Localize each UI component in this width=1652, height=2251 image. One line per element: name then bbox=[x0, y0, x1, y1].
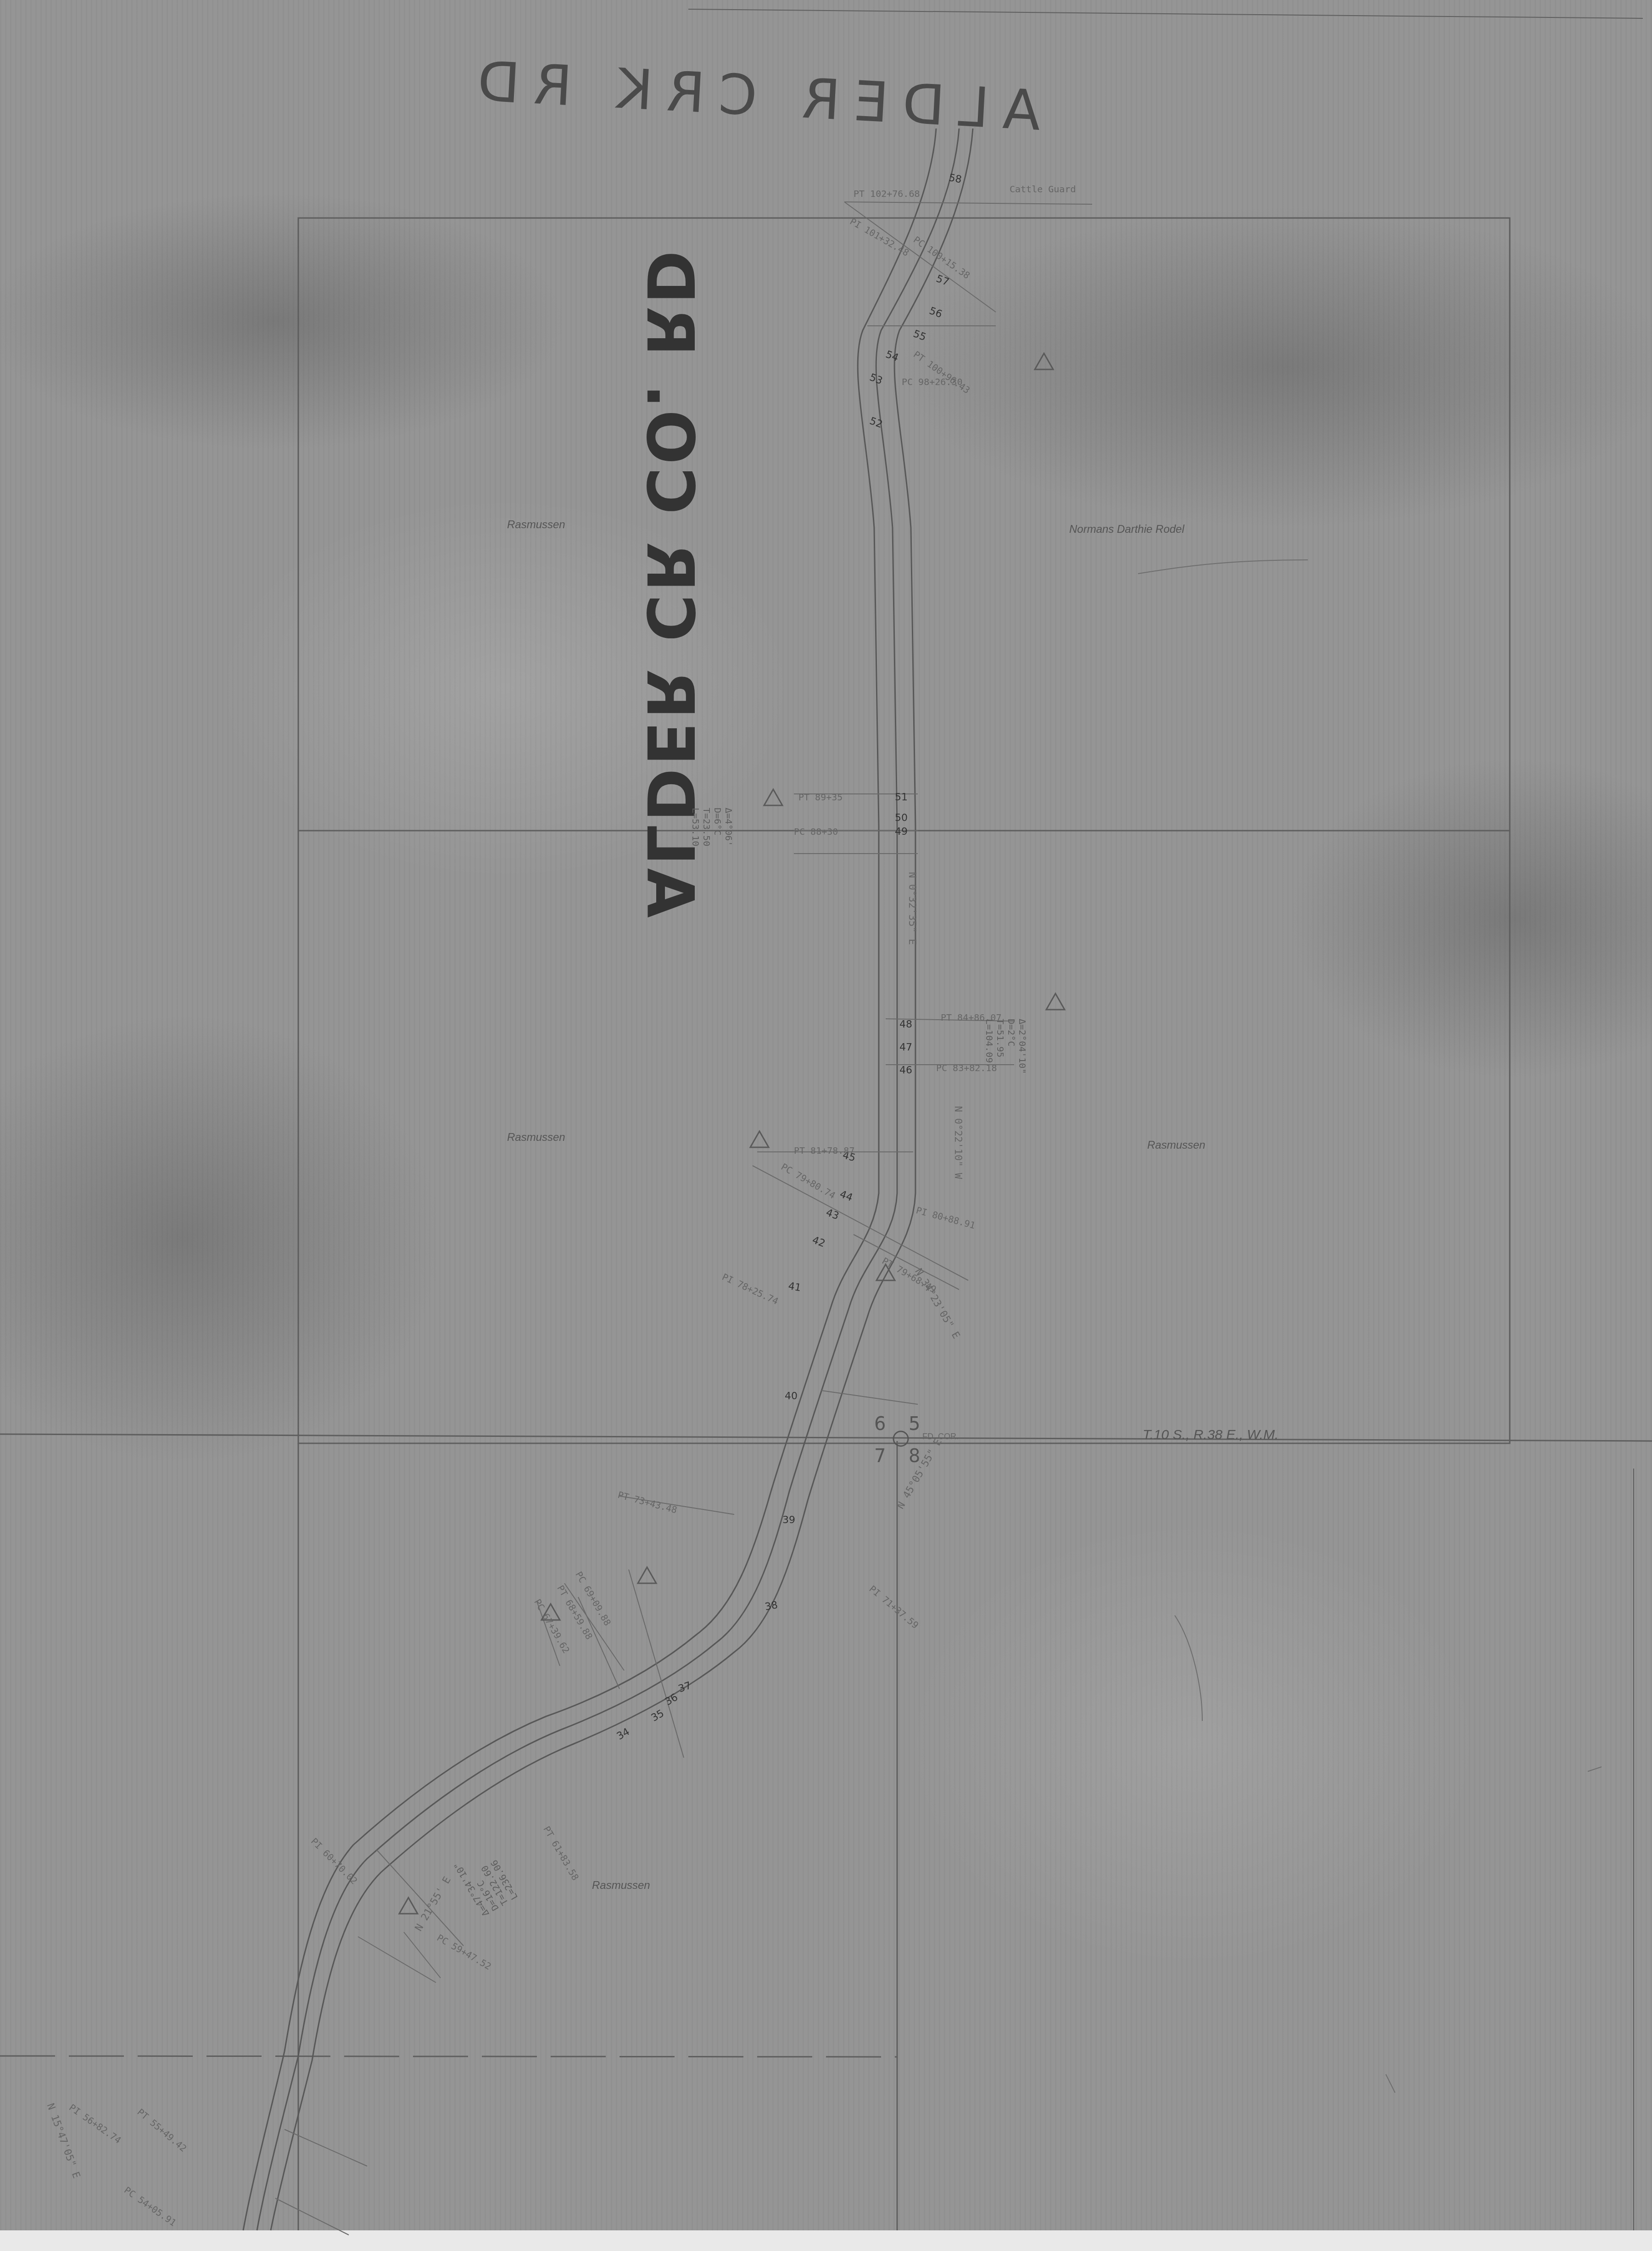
township-label: T.10 S., R.38 E., W.M. bbox=[1143, 1427, 1278, 1443]
section-number: 5 bbox=[909, 1413, 920, 1435]
station-number: 41 bbox=[787, 1280, 802, 1294]
station-number: 38 bbox=[764, 1599, 779, 1613]
station-number: 47 bbox=[899, 1042, 912, 1053]
curve-data-block: Δ=4°06' D=6°C T=23.50 L=53.10 bbox=[690, 808, 734, 846]
curve-point-label: PT 81+78.87 bbox=[794, 1145, 854, 1156]
curve-point-label: PC 88+30 bbox=[794, 826, 838, 837]
owner-label: Rasmussen bbox=[507, 519, 565, 531]
bearing-label: N 0°32'35" E bbox=[906, 872, 918, 945]
station-number: 50 bbox=[895, 812, 908, 824]
curve-point-label: PC 98+26.30 bbox=[902, 376, 962, 387]
curve-point-label: Cattle Guard bbox=[1010, 184, 1076, 195]
curve-point-label: PT 89+35 bbox=[798, 792, 843, 803]
station-number: 46 bbox=[899, 1065, 912, 1076]
owner-label: Normans Darthie Rodel bbox=[1069, 523, 1184, 536]
curve-data-block: Δ=2°04'10" D=2°C T=51.95 L=104.09 bbox=[984, 1019, 1028, 1074]
owner-label: Rasmussen bbox=[507, 1131, 565, 1144]
station-number: 49 bbox=[895, 826, 908, 838]
station-number: 40 bbox=[785, 1391, 798, 1402]
owner-label: Rasmussen bbox=[1147, 1139, 1206, 1152]
station-number: 58 bbox=[948, 172, 963, 185]
section-number: 6 bbox=[874, 1413, 886, 1435]
curve-point-label: PT 102+76.68 bbox=[854, 188, 920, 199]
station-number: 39 bbox=[782, 1514, 795, 1526]
bearing-label: N 0°22'10" W bbox=[952, 1106, 964, 1179]
section-number: 7 bbox=[874, 1446, 886, 1467]
owner-label: Rasmussen bbox=[592, 1879, 650, 1892]
station-number: 48 bbox=[899, 1019, 912, 1030]
survey-linework bbox=[0, 0, 1652, 2251]
station-number: 51 bbox=[895, 792, 908, 803]
